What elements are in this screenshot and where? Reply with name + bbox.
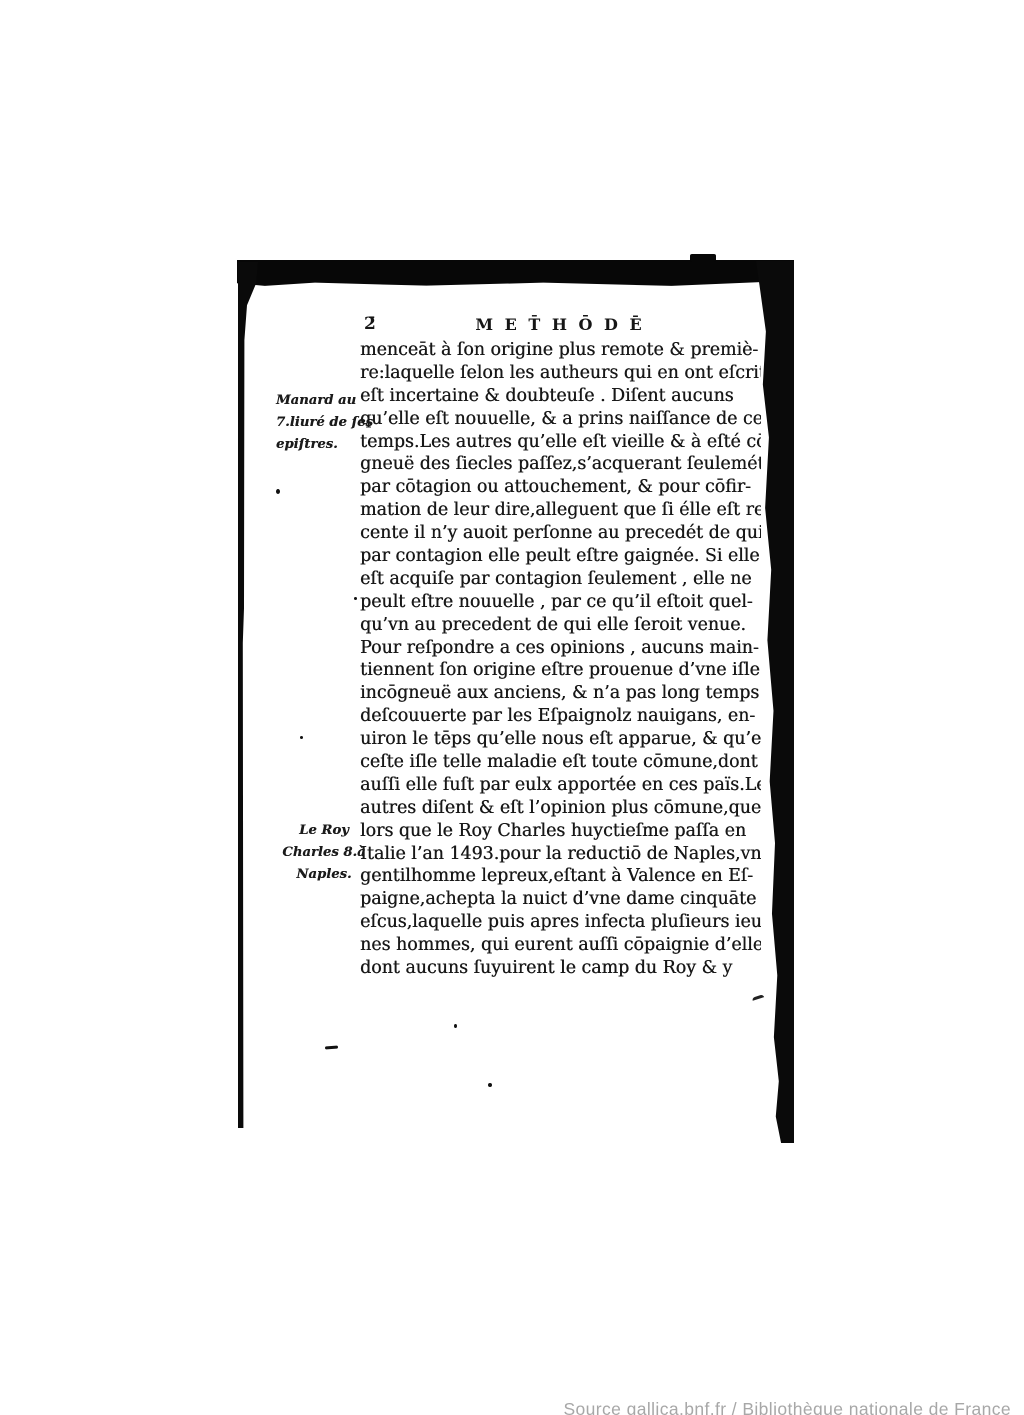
body-text-line: nes hommes, qui eurent auſſi cōpaignie d…	[360, 934, 761, 957]
body-text-line: eſt acquiſe par contagion ſeulement , el…	[360, 568, 761, 591]
body-text-line: qu’elle eſt nouuelle, & a prins naiſſanc…	[360, 408, 761, 431]
scan-speck	[354, 597, 357, 600]
body-text-line: Pour reſpondre a ces opinions , aucuns m…	[360, 637, 761, 660]
body-text-line: gneuë des ſiecles paſſez,s’acquerant ſeu…	[360, 453, 761, 476]
margin-note-charles: Le Roy Charles 8.à Naples.	[278, 820, 370, 885]
body-text-line: deſcouuerte par les Eſpaignolz nauigans,…	[360, 705, 761, 728]
scan-border-artifact	[690, 254, 716, 262]
scan-border-right	[756, 261, 794, 1143]
body-text-line: lors que le Roy Charles huyctieſme paſſa…	[360, 820, 761, 843]
body-text-line: cente il n’y auoit perſonne au precedét …	[360, 522, 761, 545]
body-text-column: menceāt à ſon origine plus remote & prem…	[360, 339, 761, 980]
scan-speck	[276, 489, 280, 494]
scan-border-left	[238, 262, 258, 1128]
body-text-line: paigne,achepta la nuict d’vne dame cinqu…	[360, 888, 761, 911]
body-text-line: par contagion elle peult eſtre gaignée. …	[360, 545, 761, 568]
body-text-line: incōgneuë aux anciens, & n’a pas long te…	[360, 682, 761, 705]
body-text-line: eſcus,laquelle puis apres infecta pluſie…	[360, 911, 761, 934]
body-text-line: mation de leur dire,alleguent que ſi éll…	[360, 499, 761, 522]
body-text-line: ceſte iſle telle maladie eſt toute cōmun…	[360, 751, 761, 774]
body-text-line: re:laquelle ſelon les autheurs qui en on…	[360, 362, 761, 385]
running-title: M E T̄ H Ō D Ē	[360, 315, 760, 334]
margin-note-line: Naples.	[278, 864, 370, 886]
body-text-line: menceāt à ſon origine plus remote & prem…	[360, 339, 761, 362]
margin-note-manard: Manard au 7.liuré de ſes epiſtres.	[276, 390, 368, 455]
body-text-line: peult eſtre nouuelle , par ce qu’il eſto…	[360, 591, 761, 614]
margin-note-line: Manard au	[276, 390, 368, 412]
gallica-source-credit: Source gallica.bnf.fr / Bibliothèque nat…	[563, 1399, 1011, 1415]
scan-speck	[454, 1024, 457, 1028]
margin-note-line: epiſtres.	[276, 434, 368, 456]
scan-speck	[488, 1083, 492, 1087]
margin-note-line: 7.liuré de ſes	[276, 412, 368, 434]
scan-speck	[300, 736, 303, 739]
page-header: 2̄ M E T̄ H Ō D Ē	[360, 314, 760, 338]
scan-speck	[325, 1046, 338, 1050]
body-text-line: auſſi elle fuſt par eulx apportée en ces…	[360, 774, 761, 797]
body-text-line: Italie l’an 1493.pour la reductiō de Nap…	[360, 843, 761, 866]
body-text-line: autres diſent & eſt l’opinion plus cōmun…	[360, 797, 761, 820]
body-text-line: gentilhomme lepreux,eſtant à Valence en …	[360, 865, 761, 888]
body-text-line: par cōtagion ou attouchement, & pour cōf…	[360, 476, 761, 499]
body-text-line: tiennent ſon origine eſtre prouenue d’vn…	[360, 659, 761, 682]
scan-speck	[752, 994, 764, 1001]
margin-note-line: Charles 8.à	[278, 842, 370, 864]
footer-credit-bar: Source gallica.bnf.fr / Bibliothèque nat…	[0, 1373, 1024, 1415]
body-text-line: qu’vn au precedent de qui elle ſeroit ve…	[360, 614, 761, 637]
body-text-line: eſt incertaine & doubteuſe . Diſent aucu…	[360, 385, 761, 408]
body-text-line: uiron le tēps qu’elle nous eſt apparue, …	[360, 728, 761, 751]
body-text-line: dont aucuns ſuyuirent le camp du Roy & y	[360, 957, 761, 980]
scan-border-top	[237, 260, 794, 287]
body-text-line: temps.Les autres qu’elle eſt vieille & à…	[360, 431, 761, 454]
margin-note-line: Le Roy	[278, 820, 370, 842]
scanned-book-page: 2̄ M E T̄ H Ō D Ē Manard au 7.liuré de ſ…	[0, 0, 1024, 1415]
